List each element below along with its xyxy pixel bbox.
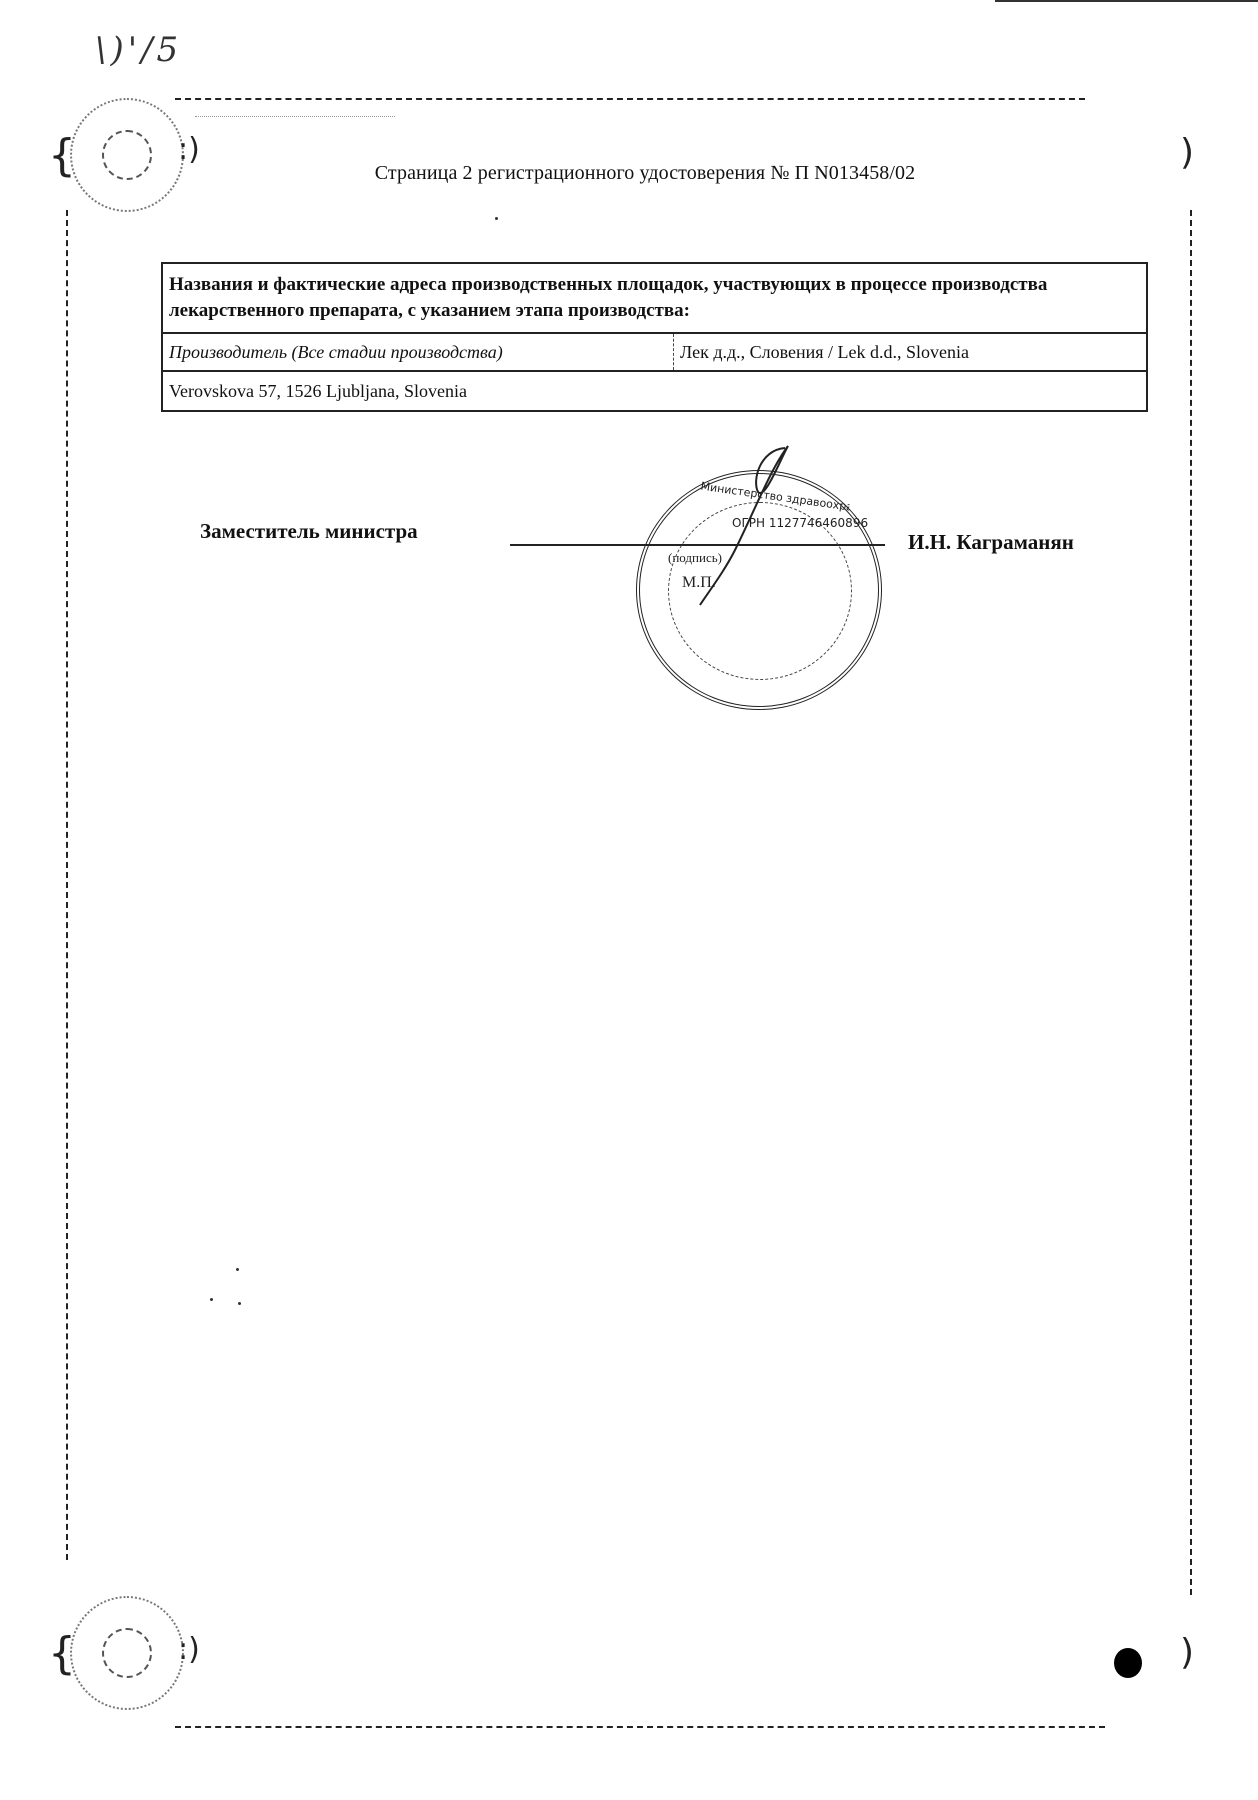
manufacturer-role: Производитель (Все стадии производства): [162, 333, 674, 371]
page-border-bottom: [175, 1726, 1105, 1728]
scan-speck: [210, 1298, 213, 1301]
page-border-right: [1190, 210, 1192, 1595]
handwritten-signature-icon: [640, 440, 810, 640]
ornament-top-left-icon: [70, 98, 184, 212]
page-header: Страница 2 регистрационного удостоверени…: [0, 162, 1258, 185]
scan-edge-line: [995, 0, 1258, 2]
page-border-top-dotted: [195, 116, 395, 117]
ornament-dot-icon: [1114, 1648, 1142, 1678]
scan-speck: [495, 217, 498, 220]
scan-speck: [236, 1268, 239, 1271]
page-header-text: Страница 2 регистрационного удостоверени…: [375, 162, 916, 184]
signatory-name: И.Н. Каграманян: [908, 530, 1074, 555]
table-heading-row: Названия и фактические адреса производст…: [162, 263, 1147, 333]
page-border-top: [175, 98, 1085, 100]
manufacturer-address: Verovskova 57, 1526 Ljubljana, Slovenia: [162, 371, 1147, 411]
handwritten-mark: \)'/5: [95, 30, 182, 70]
bracket-left-bottom-icon: {: [48, 1628, 76, 1679]
scan-speck: [238, 1302, 241, 1305]
table-row: Verovskova 57, 1526 Ljubljana, Slovenia: [162, 371, 1147, 411]
signatory-position: Заместитель министра: [200, 519, 418, 544]
table-heading: Названия и фактические адреса производст…: [162, 263, 1147, 333]
page-border-left: [66, 210, 68, 1560]
bracket-right-bottom-icon: :): [178, 1632, 200, 1667]
ornament-bottom-left-icon: [70, 1596, 184, 1710]
table-row: Производитель (Все стадии производства) …: [162, 333, 1147, 371]
bracket-right-bottom-r-icon: ): [1180, 1632, 1194, 1673]
production-sites-table: Названия и фактические адреса производст…: [161, 262, 1148, 412]
manufacturer-company: Лек д.д., Словения / Lek d.d., Slovenia: [674, 333, 1148, 371]
